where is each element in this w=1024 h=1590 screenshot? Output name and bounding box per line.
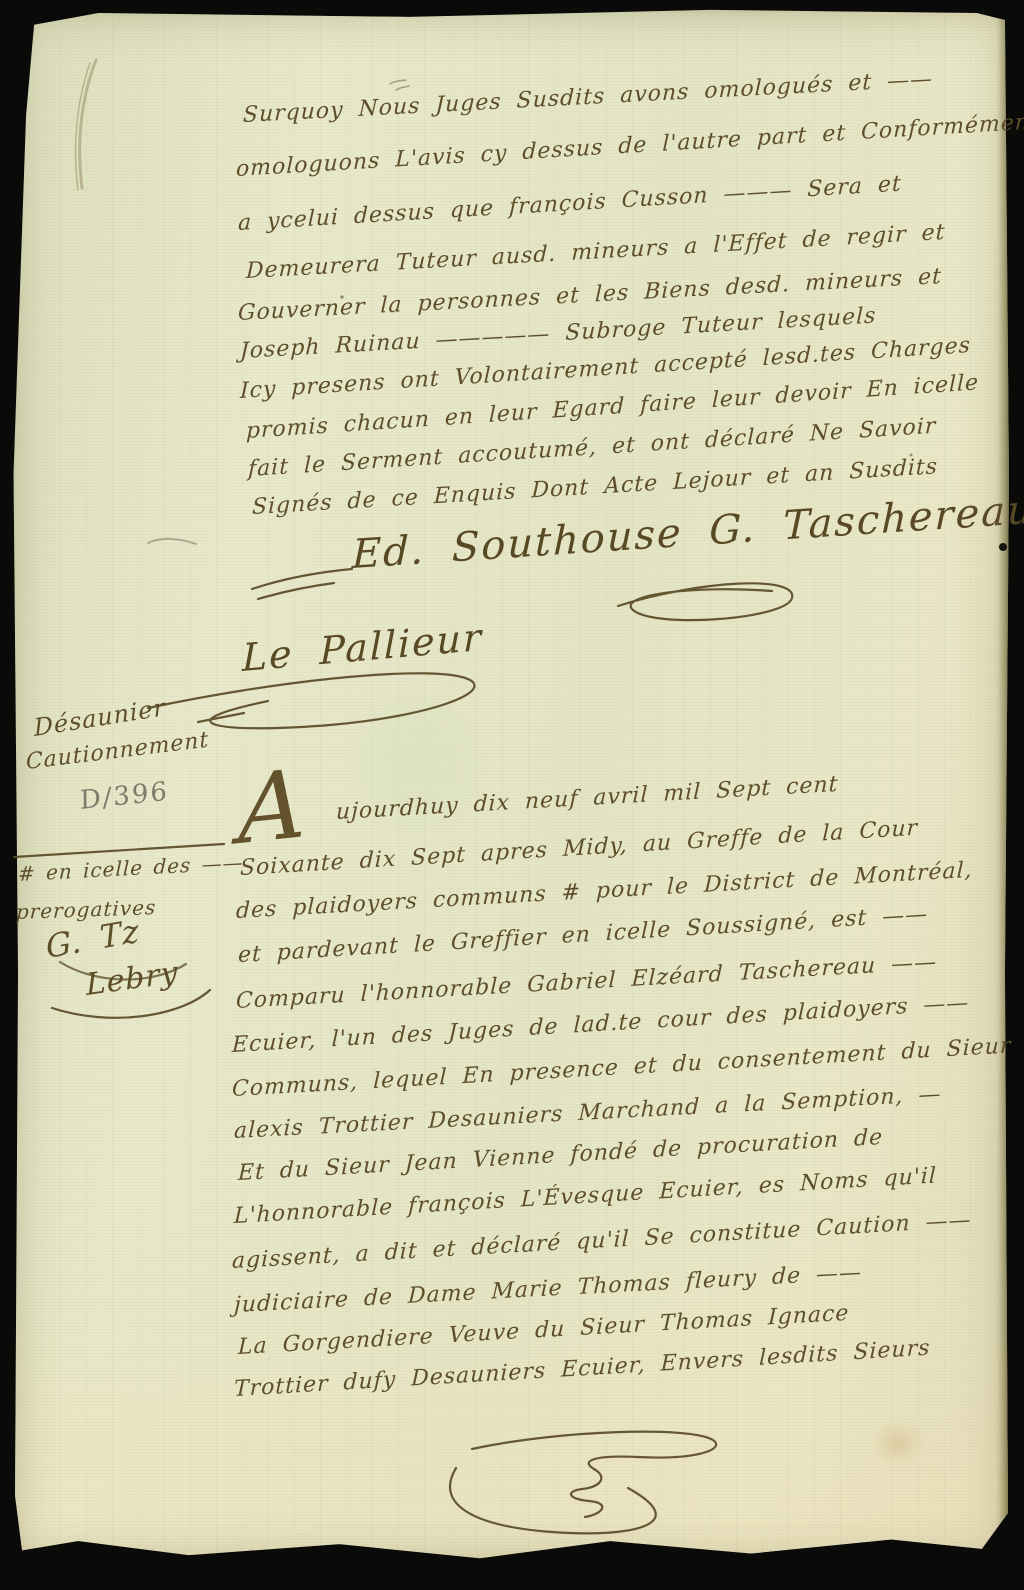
page-edge-shadow	[997, 6, 1012, 1566]
paper-stain	[872, 1420, 924, 1466]
insert-mark: #	[18, 861, 37, 886]
scanned-manuscript-page: { "palette":{ "background":"#0a0a08", "p…	[0, 0, 1024, 1590]
drop-cap-initial: A	[237, 765, 307, 852]
